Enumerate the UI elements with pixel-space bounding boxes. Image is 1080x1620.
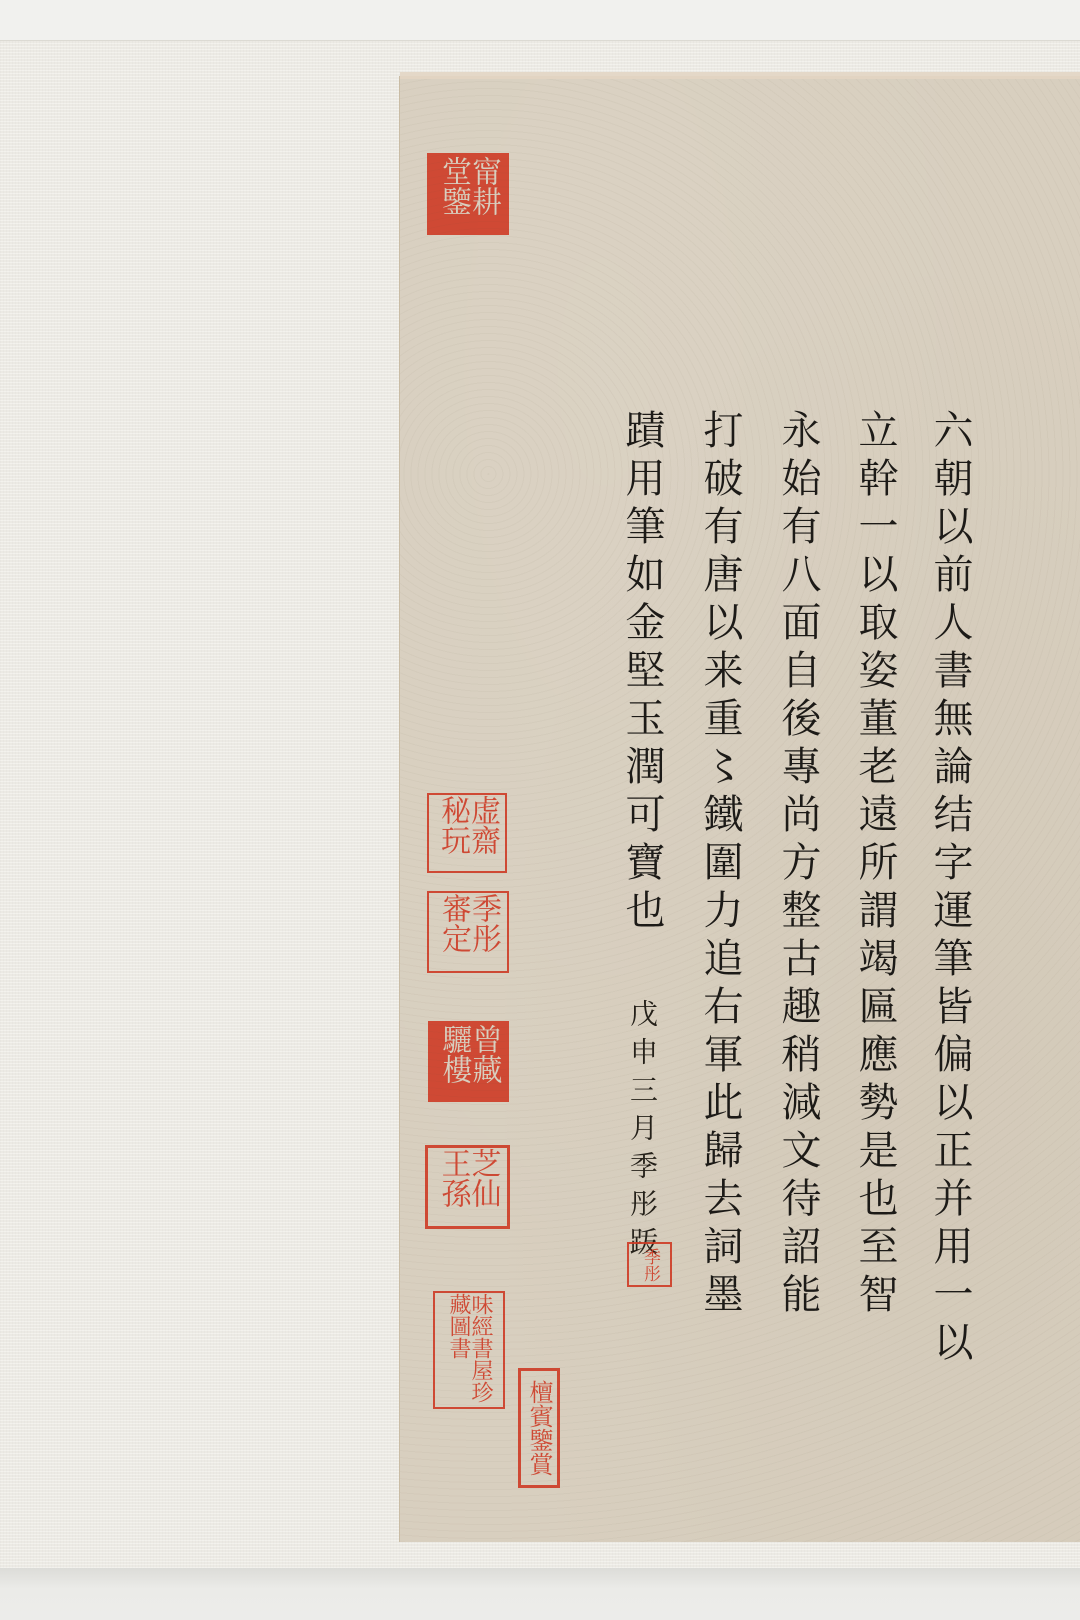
inscription-column-4: 打破有唐以来重〻鐵圍力追右軍此歸去詞墨 xyxy=(700,409,740,1321)
bottom-background xyxy=(0,1568,1080,1620)
top-mount-border xyxy=(0,0,1080,41)
inscription-column-5: 蹟用筆如金堅玉潤可寶也 xyxy=(622,409,662,937)
inscription-column-2: 立幹一以取姿董老遠所謂竭匾應勢是也至智 xyxy=(855,409,895,1321)
inscription-column-3: 永始有八面自後專尚方整古趣稍減文待詔能 xyxy=(778,409,818,1321)
inscription-column-1: 六朝以前人書無論结字運筆皆偏以正并用一以 xyxy=(930,409,970,1369)
seal-collector-6: 檀賓鑒賞 xyxy=(518,1368,560,1488)
seal-collector-5: 味經書屋珍藏圖書 xyxy=(433,1291,505,1409)
seal-collector-3: 曾藏驪樓 xyxy=(428,1021,509,1102)
seal-collector-4: 芝仙王孫 xyxy=(425,1145,510,1229)
seal-collector-1: 虚齋秘玩 xyxy=(427,793,507,873)
seal-top-left: 甯耕堂鑒 xyxy=(427,153,509,235)
colophon-paper: 六朝以前人書無論结字運筆皆偏以正并用一以 立幹一以取姿董老遠所謂竭匾應勢是也至智… xyxy=(400,76,1080,1542)
seal-collector-2: 季彤審定 xyxy=(427,891,509,973)
date-signature: 戊申三月季彤䟦 xyxy=(628,999,656,1265)
seal-signature: 季彤 xyxy=(627,1242,672,1287)
